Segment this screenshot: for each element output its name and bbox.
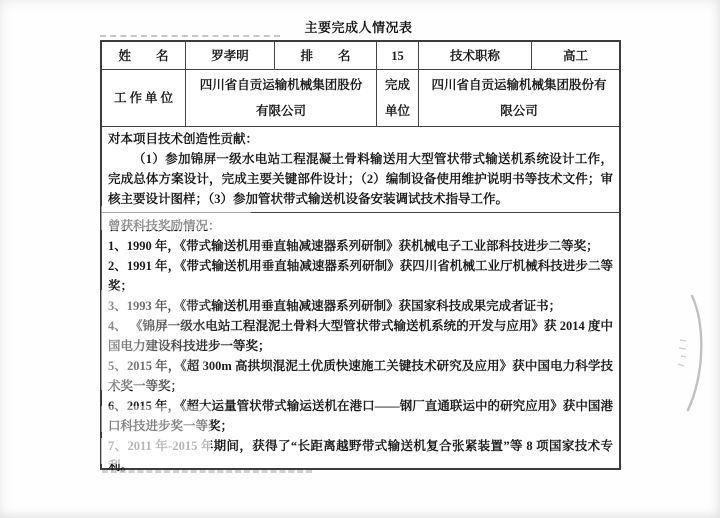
work-unit-value: 四川省自贡运输机械集团股份有限公司 <box>186 70 377 127</box>
award-item-3: 3、1993 年，《带式输送机用垂直轴减速器系列研制》获国家科技成果完成者证书； <box>108 296 613 316</box>
contributions-cell: 对本项目技术创造性贡献： （1）参加锦屏一级水电站工程混凝土骨料输送用大型管状带… <box>102 127 619 213</box>
name-value: 罗孝明 <box>186 42 275 70</box>
document-title: 主要完成人情况表 <box>100 17 617 36</box>
award-item-5: 5、2015 年，《超 300m 高拱坝混泥土优质快速施工关键技术研究及应用》获… <box>108 356 613 396</box>
table-row-contributions: 对本项目技术创造性贡献： （1）参加锦屏一级水电站工程混凝土骨料输送用大型管状带… <box>102 127 619 213</box>
completing-unit-value: 四川省自贡运输机械集团股份有限公司 <box>419 70 619 127</box>
contributions-body: （1）参加锦屏一级水电站工程混凝土骨料输送用大型管状带式输送机系统设计工作，完成… <box>108 149 613 209</box>
tech-title-label: 技术职称 <box>419 42 532 70</box>
rank-label: 排 名 <box>275 42 377 70</box>
table-row-identity: 姓 名 罗孝明 排 名 15 技术职称 高工 <box>102 42 619 70</box>
work-unit-label: 工作单位 <box>102 70 186 127</box>
award-item-2: 2、1991 年，《带式输送机用垂直轴减速器系列研制》获四川省机械工业厅机械科技… <box>108 256 613 296</box>
awards-cell: 曾获科技奖励情况： 1、1990 年，《带式输送机用垂直轴减速器系列研制》获机械… <box>102 213 619 472</box>
scanned-document-page: 主要完成人情况表 姓 名 罗孝明 排 名 15 技术职称 高工 工作单位 四川省… <box>0 0 720 518</box>
table-row-awards: 曾获科技奖励情况： 1、1990 年，《带式输送机用垂直轴减速器系列研制》获机械… <box>102 213 619 472</box>
table-row-units: 工作单位 四川省自贡运输机械集团股份有限公司 完成单位 四川省自贡运输机械集团股… <box>102 70 619 127</box>
contributions-heading: 对本项目技术创造性贡献： <box>108 129 613 149</box>
awards-heading: 曾获科技奖励情况： <box>108 216 613 236</box>
completer-info-table: 姓 名 罗孝明 排 名 15 技术职称 高工 工作单位 四川省自贡运输机械集团股… <box>100 40 621 470</box>
award-item-6: 6、2015 年，《超大运量管状带式输运送机在港口——钢厂直通联运中的研究应用》… <box>108 396 613 436</box>
name-label: 姓 名 <box>102 42 186 70</box>
award-item-7: 7、2011 年-2015 年期间，获得了“长距离越野带式输送机复合张紧装置”等… <box>108 436 613 476</box>
completing-unit-label: 完成单位 <box>377 70 419 127</box>
margin-pen-mark <box>660 288 720 418</box>
rank-value: 15 <box>377 42 419 70</box>
award-item-4: 4、 《锦屏一级水电站工程混泥土骨料大型管状带式输送机系统的开发与应用》获 20… <box>108 316 613 356</box>
award-item-1: 1、1990 年，《带式输送机用垂直轴减速器系列研制》获机械电子工业部科技进步二… <box>108 236 613 256</box>
tech-title-value: 高工 <box>532 42 619 70</box>
